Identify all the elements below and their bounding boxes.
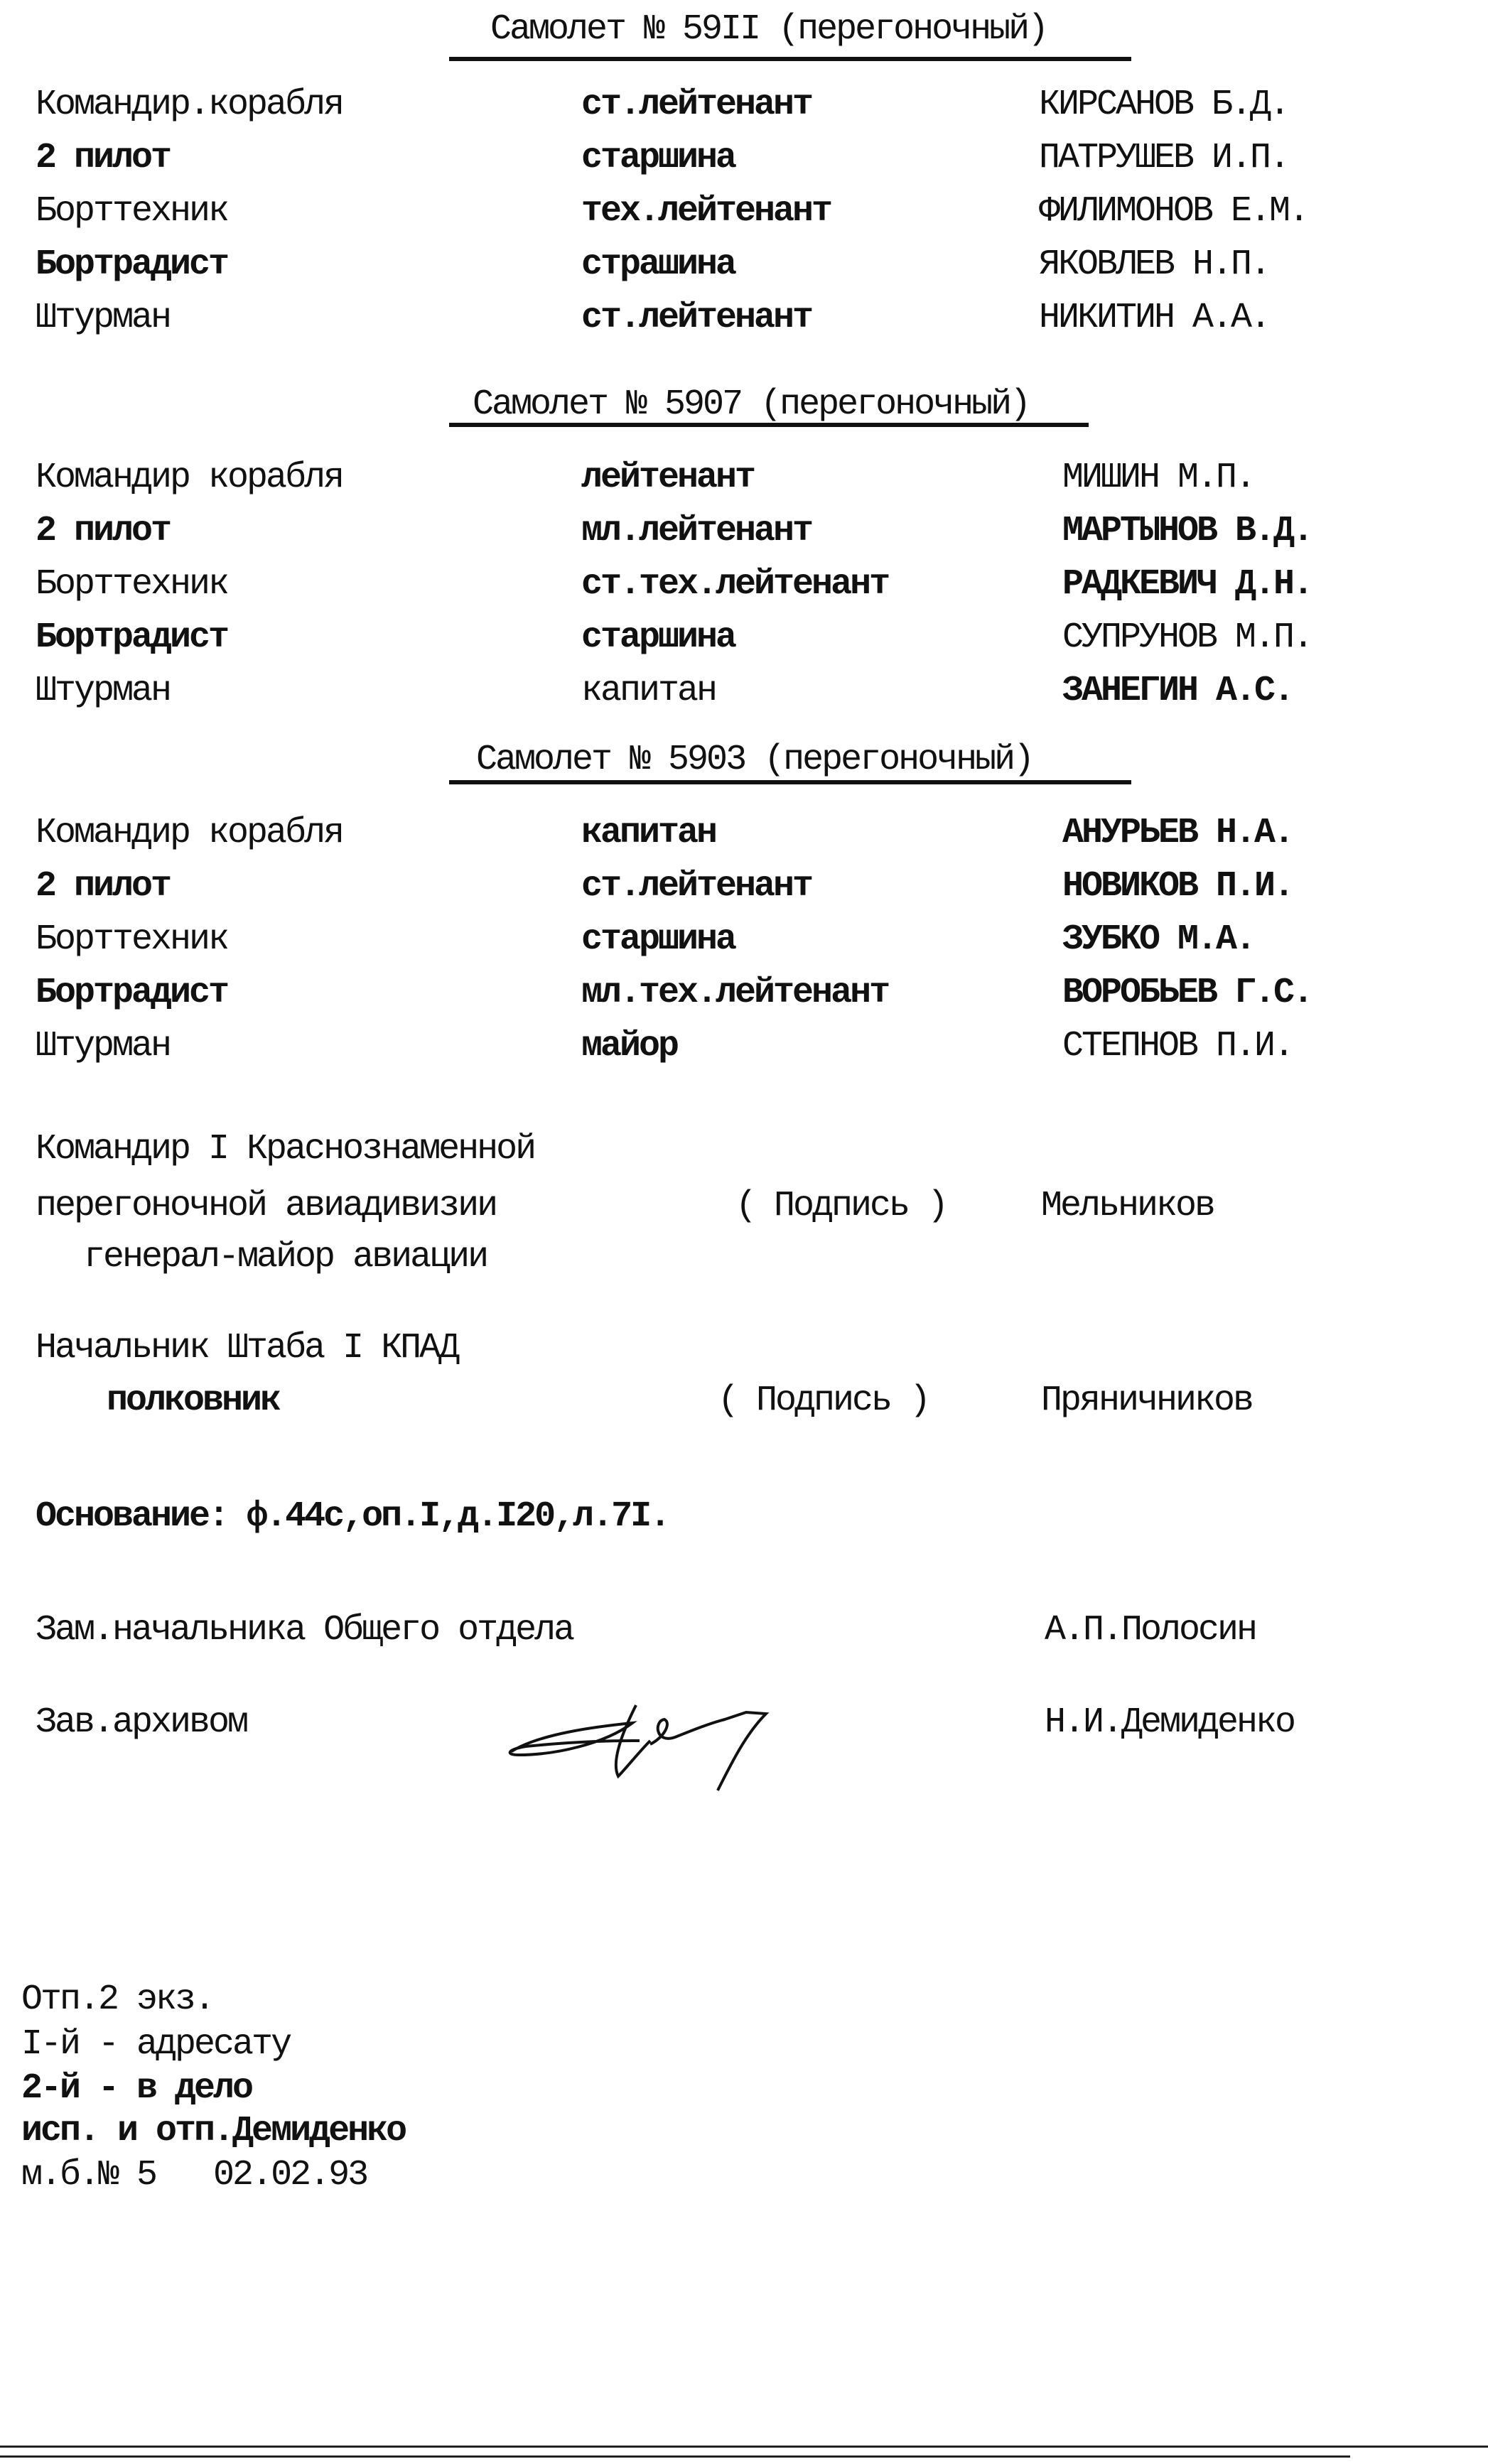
commander-name: Мельников [1041, 1185, 1214, 1228]
crew-rank: капитан [581, 812, 716, 855]
crew-role: Штурман [36, 670, 170, 713]
footer-line: исп. и отп.Демиденко [21, 2110, 405, 2153]
crew-role: Бортрадист [36, 617, 227, 659]
crew-role: Бортрадист [36, 972, 227, 1015]
crew-role: Штурман [36, 297, 170, 340]
crew-role: Бортрадист [36, 244, 227, 286]
crew-name: НОВИКОВ П.И. [1062, 865, 1293, 908]
crew-name: МАРТЫНОВ В.Д. [1062, 510, 1312, 553]
crew-role: Штурман [36, 1025, 170, 1068]
crew-rank: ст.лейтенант [581, 84, 812, 126]
page-bottom-rule [0, 2446, 1488, 2448]
crew-rank: старшина [581, 919, 735, 961]
crew-name: ВОРОБЬЕВ Г.С. [1062, 972, 1312, 1015]
crew-name: НИКИТИН А.А. [1039, 297, 1269, 340]
chief-of-staff-title-line2: полковник [107, 1380, 279, 1422]
crew-rank: мл.лейтенант [581, 510, 812, 553]
crew-rank: майор [581, 1025, 677, 1068]
footer-line: Отп.2 экз. [21, 1979, 213, 2021]
crew-rank: ст.лейтенант [581, 297, 812, 340]
commander-title-line2: перегоночной авиадивизии [36, 1185, 496, 1228]
chief-of-staff-signature-placeholder: ( Подпись ) [718, 1380, 929, 1422]
crew-role: 2 пилот [36, 510, 170, 553]
crew-rank: ст.лейтенант [581, 865, 812, 908]
section-title: Самолет № 5903 (перегоночный) [476, 739, 1033, 782]
crew-name: СТЕПНОВ П.И. [1062, 1025, 1293, 1068]
commander-title-line1: Командир I Краснознаменной [36, 1128, 534, 1171]
crew-name: ЯКОВЛЕВ Н.П. [1039, 244, 1269, 286]
deputy-title: Зам.начальника Общего отдела [36, 1609, 573, 1652]
title-underline [449, 57, 1131, 61]
crew-name: АНУРЬЕВ Н.А. [1062, 812, 1293, 855]
crew-rank: ст.тех.лейтенант [581, 563, 888, 606]
crew-name: ПАТРУШЕВ И.П. [1039, 137, 1288, 180]
crew-name: ЗУБКО М.А. [1062, 919, 1254, 961]
crew-name: МИШИН М.П. [1062, 457, 1254, 499]
crew-role: 2 пилот [36, 137, 170, 180]
crew-role: Борттехник [36, 563, 227, 606]
footer-line: I-й - адресату [21, 2023, 290, 2066]
commander-title-line3: генерал-майор авиации [84, 1236, 487, 1279]
archive-head-title: Зав.архивом [36, 1702, 247, 1744]
crew-rank: тех.лейтенант [581, 190, 831, 233]
footer-line: 2-й - в дело [21, 2068, 252, 2110]
crew-role: Борттехник [36, 919, 227, 961]
section-title: Самолет № 5907 (перегоночный) [473, 384, 1029, 426]
crew-rank: страшина [581, 244, 735, 286]
title-underline [449, 423, 1089, 427]
section-title: Самолет № 59II (перегоночный) [490, 9, 1047, 51]
title-underline [449, 780, 1131, 784]
crew-rank: старшина [581, 617, 735, 659]
crew-name: РАДКЕВИЧ Д.Н. [1062, 563, 1312, 606]
crew-name: ФИЛИМОНОВ Е.М. [1039, 190, 1308, 233]
commander-signature-placeholder: ( Подпись ) [735, 1185, 947, 1228]
crew-role: Командир корабля [36, 457, 343, 499]
footer-line: м.б.№ 5 02.02.93 [21, 2154, 367, 2197]
crew-role: Командир корабля [36, 812, 343, 855]
crew-role: Борттехник [36, 190, 227, 233]
archive-basis: Основание: ф.44с,оп.I,д.I20,л.7I. [36, 1496, 669, 1538]
crew-name: КИРСАНОВ Б.Д. [1039, 84, 1288, 126]
crew-rank: лейтенант [581, 457, 754, 499]
crew-rank: старшина [581, 137, 735, 180]
crew-name: ЗАНЕГИН А.С. [1062, 670, 1293, 713]
crew-rank: капитан [581, 670, 716, 713]
handwritten-signature [497, 1684, 895, 1798]
chief-of-staff-name: Пряничников [1041, 1380, 1252, 1422]
archive-head-name: Н.И.Демиденко [1045, 1702, 1294, 1744]
deputy-name: А.П.Полосин [1045, 1609, 1256, 1652]
crew-role: 2 пилот [36, 865, 170, 908]
crew-name: СУПРУНОВ М.П. [1062, 617, 1312, 659]
page-bottom-rule [0, 2455, 1350, 2458]
crew-role: Командир.корабля [36, 84, 343, 126]
crew-rank: мл.тех.лейтенант [581, 972, 888, 1015]
chief-of-staff-title-line1: Начальник Штаба I КПАД [36, 1327, 458, 1370]
